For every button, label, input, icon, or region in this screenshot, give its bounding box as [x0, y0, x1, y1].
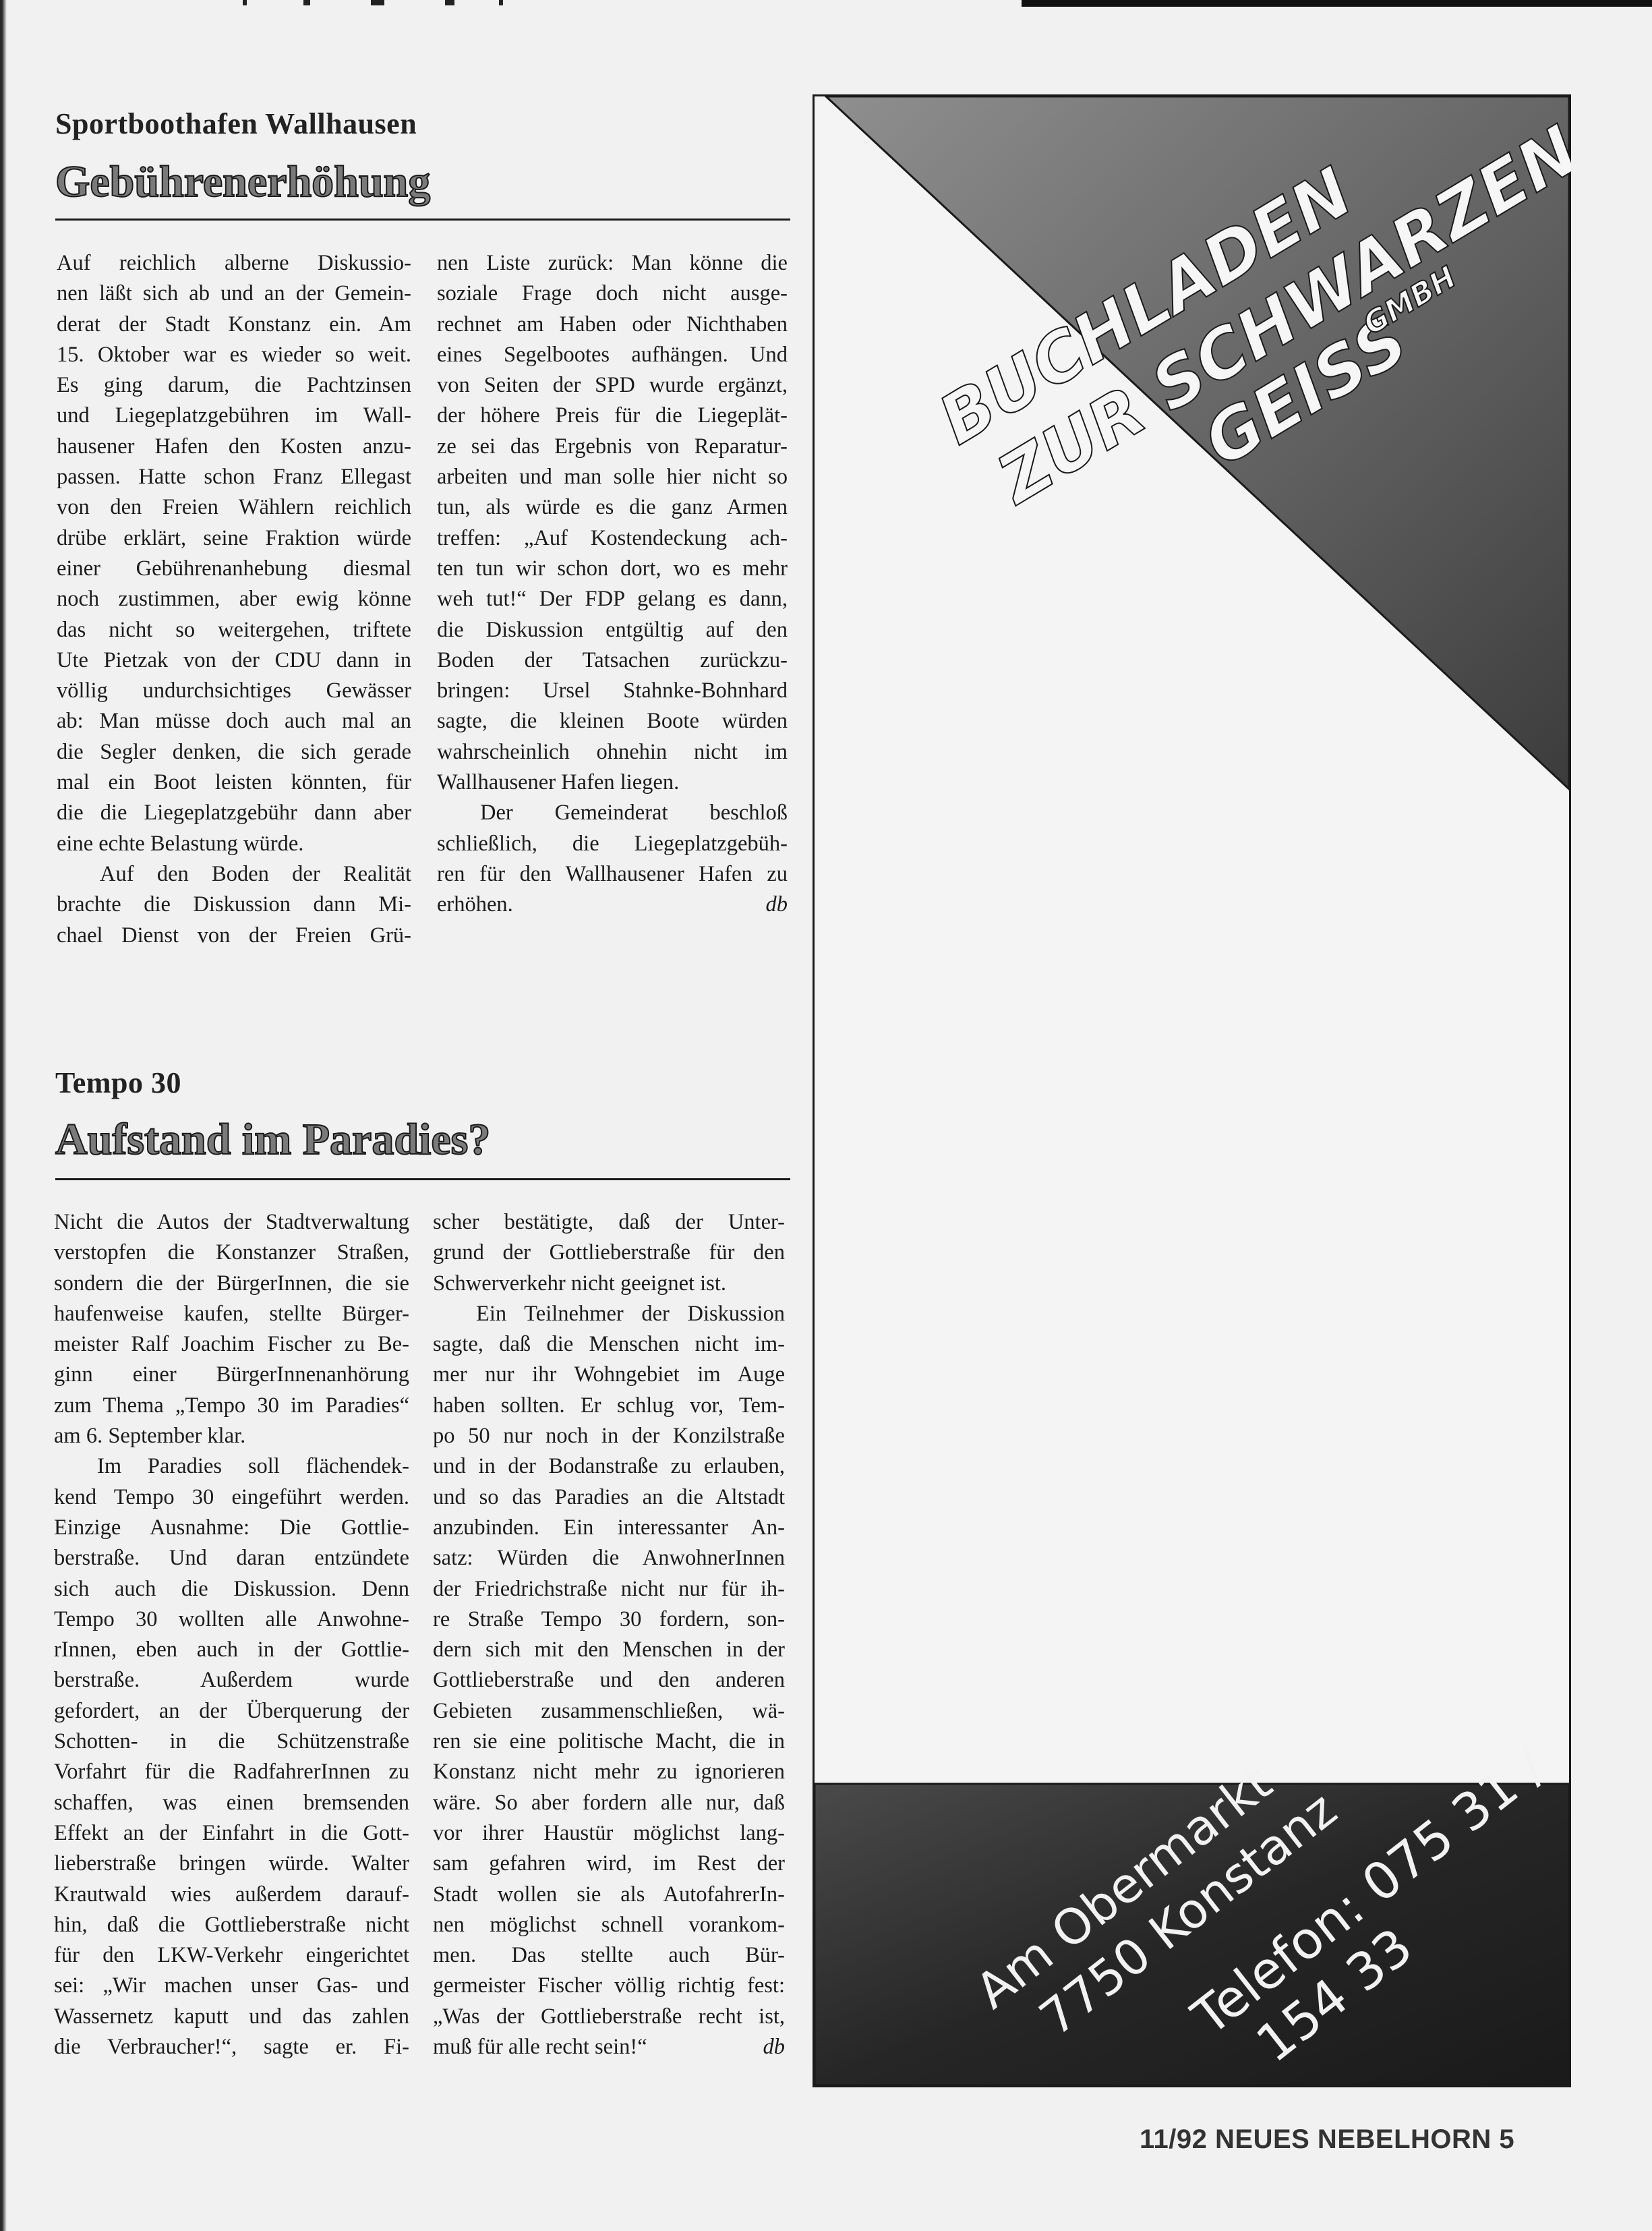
text-line: Schwerverkehr nicht geeignet ist.: [433, 1269, 785, 1299]
text-line: schließlich, die Liegeplatzgebüh-: [437, 829, 788, 859]
text-line: schaffen, was einen bremsenden: [54, 1788, 409, 1818]
text-line: Gebieten zusammenschließen, wä-: [433, 1696, 785, 1727]
text-line: Auf den Boden der Realität: [57, 859, 411, 890]
text-line: die die Liegeplatzgebühr dann aber: [57, 798, 411, 828]
text-line: Im Paradies soll flächendek-: [54, 1451, 409, 1482]
text-line: eine echte Belastung würde.: [57, 829, 411, 859]
text-line: Wassernetz kaputt und das zahlen: [54, 2002, 409, 2032]
text-line: und in der Bodanstraße zu erlauben,: [433, 1451, 785, 1482]
text-line: Schotten- in die Schützenstraße: [54, 1727, 409, 1757]
page-footer: 11/92 NEUES NEBELHORN 5: [1140, 2124, 1514, 2155]
scan-top-artifacts: [243, 0, 647, 5]
text-line: sich auch die Diskussion. Denn: [54, 1574, 409, 1604]
text-line: hausener Hafen den Kosten anzu-: [57, 432, 411, 462]
article2-kicker: Tempo 30: [55, 1066, 181, 1100]
text-line: Nicht die Autos der Stadtverwaltung: [54, 1207, 409, 1238]
text-line: sagte, die kleinen Boote würden: [437, 706, 788, 736]
text-line: nen möglichst schnell vorankom-: [433, 1910, 785, 1940]
text-line: Krautwald wies außerdem darauf-: [54, 1880, 409, 1910]
text-line: germeister Fischer völlig richtig fest:: [433, 1971, 785, 2001]
article1-headline: Gebührenerhöhung: [55, 156, 430, 208]
text-line: sagte, daß die Menschen nicht im-: [433, 1329, 785, 1360]
text-line: men. Das stellte auch Bür-: [433, 1940, 785, 1971]
text-line: die Verbraucher!“, sagte er. Fi-: [54, 2032, 409, 2062]
text-line: Effekt an der Einfahrt in die Gott-: [54, 1818, 409, 1849]
text-line: sam gefahren wird, im Rest der: [433, 1849, 785, 1879]
text-line: Konstanz nicht mehr zu ignorieren: [433, 1757, 785, 1787]
text-line: treffen: „Auf Kostendeckung ach-: [437, 523, 788, 554]
text-line: Tempo 30 wollten alle Anwohne-: [54, 1604, 409, 1635]
text-line: brachte die Diskussion dann Mi-: [57, 890, 411, 920]
text-line: der höhere Preis für die Liegeplät-: [437, 401, 788, 431]
text-line: die Diskussion entgültig auf den: [437, 615, 788, 645]
text-line: Ein Teilnehmer der Diskussion: [433, 1299, 785, 1329]
text-line: weh tut!“ Der FDP gelang es dann,: [437, 584, 788, 614]
text-line: Ute Pietzak von der CDU dann in: [57, 645, 411, 676]
text-line: rechnet am Haben oder Nichthaben: [437, 310, 788, 340]
text-line: Auf reichlich alberne Diskussio-: [57, 248, 411, 279]
text-line: verstopfen die Konstanzer Straßen,: [54, 1238, 409, 1268]
article2-rule: [55, 1178, 790, 1180]
text-line: ze sei das Ergebnis von Reparatur-: [437, 432, 788, 462]
text-line: Es ging darum, die Pachtzinsen: [57, 370, 411, 401]
text-line: das nicht so weitergehen, triftete: [57, 615, 411, 645]
text-line: hin, daß die Gottlieberstraße nicht: [54, 1910, 409, 1940]
text-line: haufenweise kaufen, stellte Bürger-: [54, 1299, 409, 1329]
text-line: 15. Oktober war es wieder so weit.: [57, 340, 411, 370]
text-line: haben sollten. Er schlug vor, Tem-: [433, 1391, 785, 1421]
text-line: muß für alle recht sein!“db: [433, 2032, 785, 2062]
text-line: mal ein Boot leisten könnten, für: [57, 767, 411, 798]
text-line: derat der Stadt Konstanz ein. Am: [57, 310, 411, 340]
text-line: Der Gemeinderat beschloß: [437, 798, 788, 828]
text-line: von den Freien Wählern reichlich: [57, 492, 411, 523]
text-line: drübe erklärt, seine Fraktion würde: [57, 523, 411, 554]
text-line: re Straße Tempo 30 fordern, son-: [433, 1604, 785, 1635]
scan-left-edge: [0, 0, 7, 2231]
text-line: berstraße. Und daran entzündete: [54, 1543, 409, 1573]
article1-column-2: nen Liste zurück: Man könne diesoziale F…: [437, 248, 788, 921]
author-byline: db: [763, 2032, 786, 2062]
text-line: mer nur ihr Wohngebiet im Auge: [433, 1360, 785, 1390]
text-line: Boden der Tatsachen zurückzu-: [437, 645, 788, 676]
text-line: chael Dienst von der Freien Grü-: [57, 921, 411, 951]
text-line: po 50 nur noch in der Konzilstraße: [433, 1421, 785, 1451]
author-byline: db: [766, 890, 788, 920]
text-line: grund der Gottlieberstraße für den: [433, 1238, 785, 1268]
text-line: erhöhen.db: [437, 890, 788, 920]
text-line: scher bestätigte, daß der Unter-: [433, 1207, 785, 1238]
article2-column-2: scher bestätigte, daß der Unter-grund de…: [433, 1207, 785, 2062]
article2-headline: Aufstand im Paradies?: [55, 1114, 490, 1165]
text-line: völlig undurchsichtiges Gewässer: [57, 676, 411, 706]
article1-column-1: Auf reichlich alberne Diskussio-nen läßt…: [57, 248, 411, 951]
text-line: ginn einer BürgerInnenanhörung: [54, 1360, 409, 1390]
text-line: und so das Paradies an die Altstadt: [433, 1482, 785, 1513]
text-line: satz: Würden die AnwohnerInnen: [433, 1543, 785, 1573]
text-line: arbeiten und man solle hier nicht so: [437, 462, 788, 492]
text-line: wahrscheinlich ohnehin nicht im: [437, 737, 788, 767]
text-line: Vorfahrt für die RadfahrerInnen zu: [54, 1757, 409, 1787]
article2-column-1: Nicht die Autos der Stadtverwaltungverst…: [54, 1207, 409, 2062]
text-line: ren sie eine politische Macht, die in: [433, 1727, 785, 1757]
text-line: eines Segelbootes aufhängen. Und: [437, 340, 788, 370]
text-line: kend Tempo 30 eingeführt werden.: [54, 1482, 409, 1513]
text-line: rInnen, eben auch in der Gottlie-: [54, 1635, 409, 1665]
text-line: und Liegeplatzgebühren im Wall-: [57, 401, 411, 431]
text-line: ten tun wir schon dort, wo es mehr: [437, 554, 788, 584]
text-line: für den LKW-Verkehr eingerichtet: [54, 1940, 409, 1971]
bookshop-advertisement: BUCHLADEN ZUR SCHWARZEN GEISS GMBH Am Ob…: [813, 94, 1571, 2087]
text-line: gefordert, an der Überquerung der: [54, 1696, 409, 1727]
text-line: passen. Hatte schon Franz Ellegast: [57, 462, 411, 492]
text-line: Einzige Ausnahme: Die Gottlie-: [54, 1513, 409, 1543]
text-line: nen läßt sich ab und an der Gemein-: [57, 279, 411, 309]
text-line: soziale Frage doch nicht ausge-: [437, 279, 788, 309]
text-line: Wallhausener Hafen liegen.: [437, 767, 788, 798]
text-line: meister Ralf Joachim Fischer zu Be-: [54, 1329, 409, 1360]
text-line: der Friedrichstraße nicht nur für ih-: [433, 1574, 785, 1604]
article1-rule: [55, 219, 790, 221]
text-line: die Segler denken, die sich gerade: [57, 737, 411, 767]
text-line: am 6. September klar.: [54, 1421, 409, 1451]
text-line: nen Liste zurück: Man könne die: [437, 248, 788, 279]
text-line: vor ihrer Haustür möglichst lang-: [433, 1818, 785, 1849]
text-line: „Was der Gottlieberstraße recht ist,: [433, 2002, 785, 2032]
text-line: dern sich mit den Menschen in der: [433, 1635, 785, 1665]
text-line: Stadt wollen sie als AutofahrerIn-: [433, 1880, 785, 1910]
text-line: sondern die der BürgerInnen, die sie: [54, 1269, 409, 1299]
text-line: bringen: Ursel Stahnke-Bohnhard: [437, 676, 788, 706]
text-line: lieberstraße bringen würde. Walter: [54, 1849, 409, 1879]
text-line: sei: „Wir machen unser Gas- und: [54, 1971, 409, 2001]
text-line: wäre. So aber fordern alle nur, daß: [433, 1788, 785, 1818]
article1-kicker: Sportboothafen Wallhausen: [55, 107, 417, 141]
text-line: Gottlieberstraße und den anderen: [433, 1665, 785, 1696]
text-line: tun, als würde es die ganz Armen: [437, 492, 788, 523]
text-line: einer Gebührenanhebung diesmal: [57, 554, 411, 584]
text-line: noch zustimmen, aber ewig könne: [57, 584, 411, 614]
text-line: ren für den Wallhausener Hafen zu: [437, 859, 788, 890]
text-line: von Seiten der SPD wurde ergänzt,: [437, 370, 788, 401]
text-line: anzubinden. Ein interessanter An-: [433, 1513, 785, 1543]
scan-top-dark-band: [1022, 0, 1652, 7]
ad-graphic: BUCHLADEN ZUR SCHWARZEN GEISS GMBH Am Ob…: [813, 94, 1571, 2087]
text-line: ab: Man müsse doch auch mal an: [57, 706, 411, 736]
text-line: zum Thema „Tempo 30 im Paradies“: [54, 1391, 409, 1421]
text-line: berstraße. Außerdem wurde: [54, 1665, 409, 1696]
